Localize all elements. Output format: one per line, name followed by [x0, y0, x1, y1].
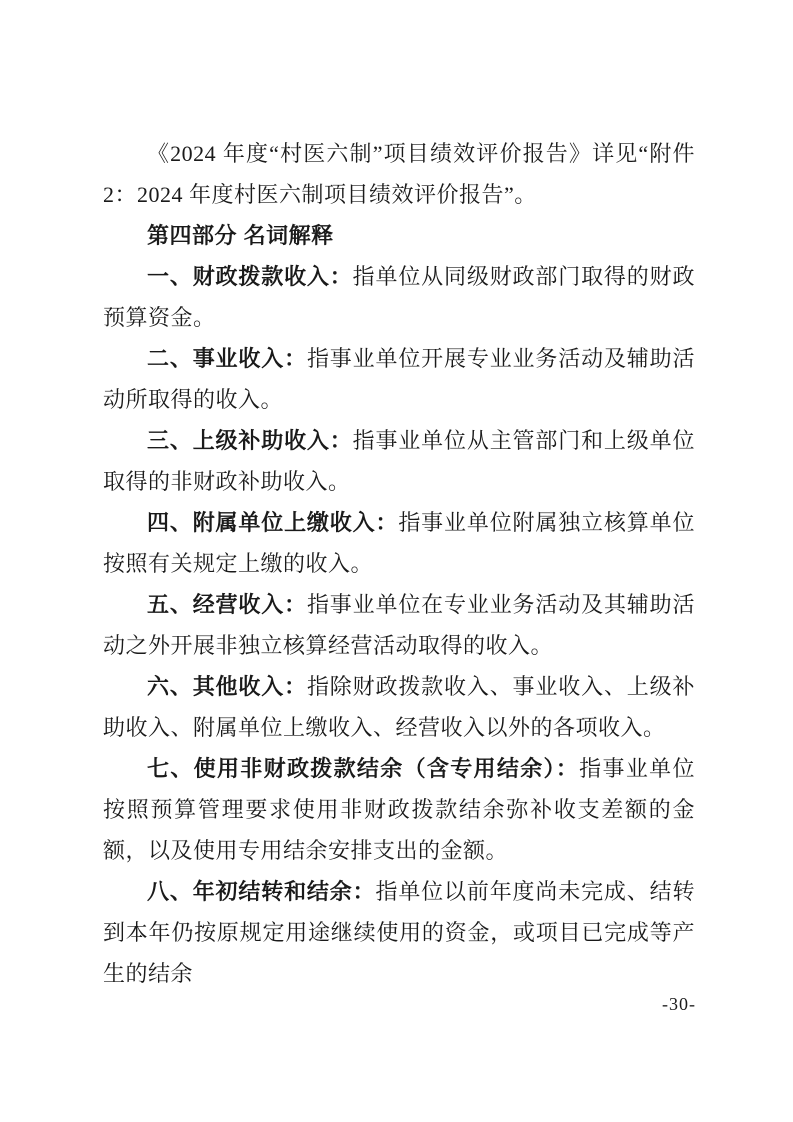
term-definition-2: 二、事业收入：指事业单位开展专业业务活动及辅助活动所取得的收入。 [103, 338, 695, 420]
term-definition-4: 四、附属单位上缴收入：指事业单位附属独立核算单位按照有关规定上缴的收入。 [103, 502, 695, 584]
term-name-6: 六、其他收入： [147, 674, 307, 699]
term-name-4: 四、附属单位上缴收入： [147, 510, 398, 535]
term-definition-5: 五、经营收入：指事业单位在专业业务活动及其辅助活动之外开展非独立核算经营活动取得… [103, 584, 695, 666]
term-definition-7: 七、使用非财政拨款结余（含专用结余）：指事业单位按照预算管理要求使用非财政拨款结… [103, 748, 695, 871]
page-number: -30- [662, 993, 696, 1015]
intro-paragraph: 《2024 年度“村医六制”项目绩效评价报告》详见“附件 2：2024 年度村医… [103, 133, 695, 215]
term-definition-1: 一、财政拨款收入：指单位从同级财政部门取得的财政预算资金。 [103, 256, 695, 338]
term-name-8: 八、年初结转和结余： [147, 879, 375, 904]
document-page: 《2024 年度“村医六制”项目绩效评价报告》详见“附件 2：2024 年度村医… [0, 0, 793, 1122]
term-name-5: 五、经营收入： [147, 592, 307, 617]
term-name-2: 二、事业收入： [147, 346, 307, 371]
page-content: 《2024 年度“村医六制”项目绩效评价报告》详见“附件 2：2024 年度村医… [103, 133, 695, 994]
term-name-7: 七、使用非财政拨款结余（含专用结余）： [147, 756, 579, 781]
term-name-3: 三、上级补助收入： [147, 428, 353, 453]
term-definition-8: 八、年初结转和结余：指单位以前年度尚未完成、结转到本年仍按原规定用途继续使用的资… [103, 871, 695, 994]
section-heading: 第四部分 名词解释 [103, 215, 695, 256]
term-definition-3: 三、上级补助收入：指事业单位从主管部门和上级单位取得的非财政补助收入。 [103, 420, 695, 502]
term-definition-6: 六、其他收入：指除财政拨款收入、事业收入、上级补助收入、附属单位上缴收入、经营收… [103, 666, 695, 748]
term-name-1: 一、财政拨款收入： [147, 264, 353, 289]
